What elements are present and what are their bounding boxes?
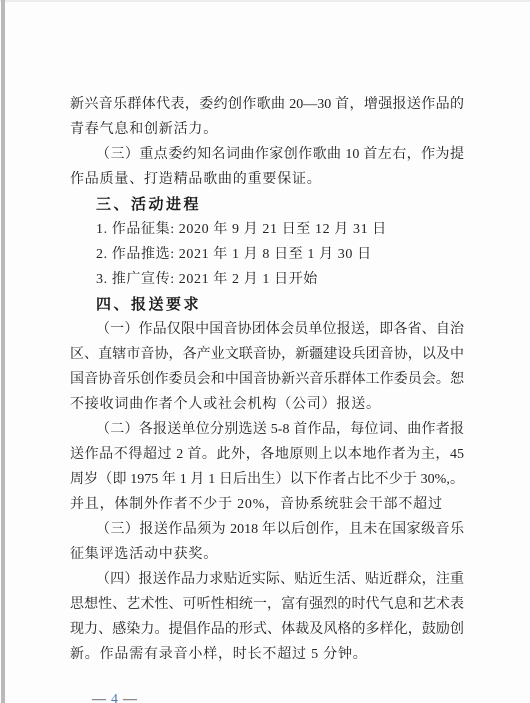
- schedule-item-selection: 2. 作品推选: 2021 年 1 月 8 日至 1 月 30 日: [70, 242, 464, 267]
- page-left-edge: [1, 0, 5, 703]
- paragraph-line: 不接收词曲作者个人或社会机构（公司）报送。: [70, 392, 464, 417]
- page-number: —4—: [92, 692, 137, 703]
- paragraph-line: （四）报送作品力求贴近实际、贴近生活、贴近群众，注重: [70, 567, 464, 592]
- schedule-item-collection: 1. 作品征集: 2020 年 9 月 21 日至 12 月 31 日: [70, 217, 464, 242]
- paragraph-line: （一）作品仅限中国音协团体会员单位报送，即各省、自治: [70, 317, 464, 342]
- paragraph-line: （二）各报送单位分别选送 5-8 首作品，每位词、曲作者报: [70, 417, 464, 442]
- paragraph-line: 国音协音乐创作委员会和中国音协新兴音乐群体工作委员会。恕: [70, 367, 464, 392]
- paragraph-line: 区、直辖市音协，各产业文联音协，新疆建设兵团音协，以及中: [70, 342, 464, 367]
- paragraph-line: 并且，体制外作者不少于 20%，音协系统驻会干部不超过 10%。: [70, 492, 464, 517]
- section-heading-progress: 三、活动进程: [70, 192, 464, 217]
- paragraph-line: 新兴音乐群体代表，委约创作歌曲 20—30 首，增强报送作品的: [70, 92, 464, 117]
- page-number-dash-left: —: [92, 692, 106, 703]
- paragraph-line: 思想性、艺术性、可听性相统一，富有强烈的时代气息和艺术表: [70, 592, 464, 617]
- schedule-item-promotion: 3. 推广宣传: 2021 年 2 月 1 日开始: [70, 267, 464, 292]
- paragraph-line: 新。作品需有录音小样，时长不超过 5 分钟。: [70, 642, 464, 667]
- paragraph-line: 送作品不得超过 2 首。此外，各地原则上以本地作者为主，45: [70, 442, 464, 467]
- page-number-value: 4: [111, 692, 118, 703]
- document-page: 新兴音乐群体代表，委约创作歌曲 20—30 首，增强报送作品的 青春气息和创新活…: [0, 0, 530, 703]
- paragraph-line: （三）重点委约知名词曲作家创作歌曲 10 首左右，作为提高: [70, 142, 464, 167]
- page-top-edge: [0, 0, 530, 2]
- section-heading-submission: 四、报送要求: [70, 292, 464, 317]
- paragraph-line: 周岁（即 1975 年 1 月 1 日后出生）以下作者占比不少于 30%,。: [70, 467, 464, 492]
- page-number-dash-right: —: [123, 692, 137, 703]
- paragraph-line: 作品质量、打造精品歌曲的重要保证。: [70, 167, 464, 192]
- paragraph-line: 青春气息和创新活力。: [70, 117, 464, 142]
- paragraph-line: 征集评选活动中获奖。: [70, 542, 464, 567]
- paragraph-line: 现力、感染力。提倡作品的形式、体裁及风格的多样化，鼓励创: [70, 617, 464, 642]
- document-body: 新兴音乐群体代表，委约创作歌曲 20—30 首，增强报送作品的 青春气息和创新活…: [70, 92, 464, 667]
- paragraph-line: （三）报送作品须为 2018 年以后创作，且未在国家级音乐: [70, 517, 464, 542]
